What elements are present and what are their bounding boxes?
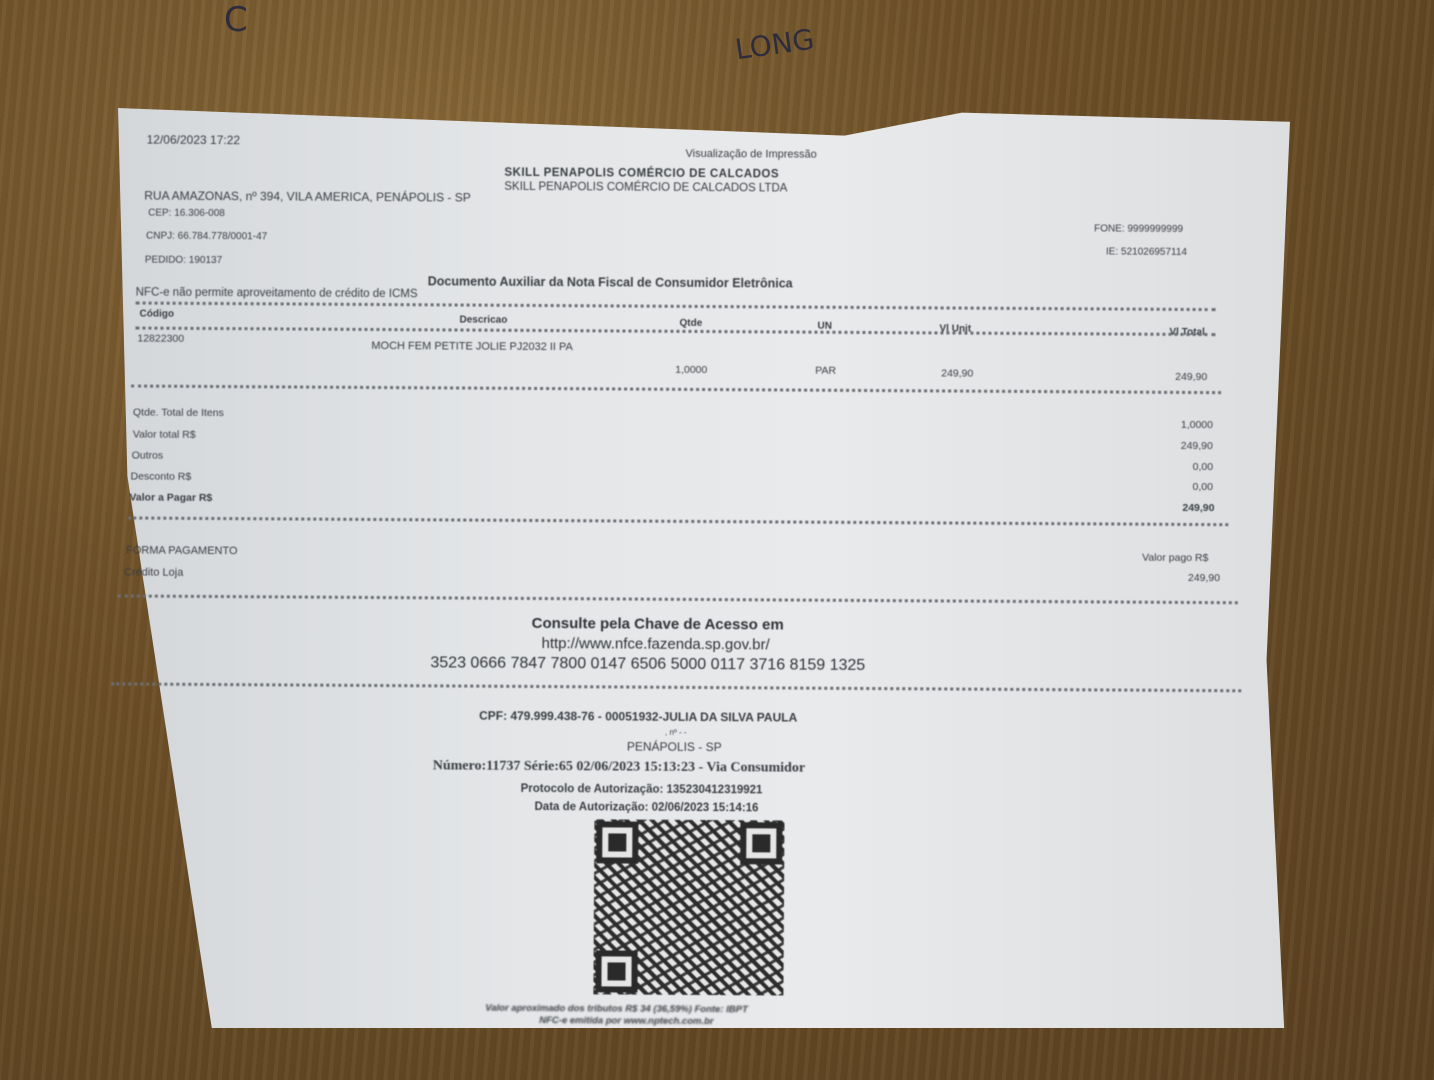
column-header-qtde: Qtde (679, 318, 702, 329)
divider (131, 384, 1221, 394)
column-header-descricao: Descricao (459, 315, 507, 326)
amount-paid: 249,90 (1188, 572, 1220, 584)
divider (118, 594, 1238, 604)
total-items-label: Qtde. Total de Itens (133, 407, 224, 420)
consumer-cpf: CPF: 479.999.438-76 - 00051932-JULIA DA … (479, 709, 797, 725)
total-items-value: 1,0000 (1181, 419, 1213, 431)
qr-finder-pattern (595, 950, 637, 992)
company-legal-name: SKILL PENAPOLIS COMÉRCIO DE CALCADOS LTD… (504, 181, 787, 195)
consumer-number: , nº - - (665, 728, 687, 737)
nfce-receipt: 12/06/2023 17:22 Visualização de Impress… (115, 104, 1293, 1031)
item-quantity: 1,0000 (675, 364, 707, 376)
authorization-date: Data de Autorização: 02/06/2023 15:14:16 (535, 801, 759, 814)
qr-finder-pattern (596, 821, 638, 863)
discount-value: 0,00 (1192, 481, 1213, 493)
total-value-label: Valor total R$ (133, 429, 196, 441)
total-value-value: 249,90 (1181, 440, 1213, 452)
divider (111, 682, 1241, 692)
access-key: 3523 0666 7847 7800 0147 6506 5000 0117 … (430, 654, 865, 675)
order-number: PEDIDO: 190137 (145, 255, 222, 266)
payment-method: Crédito Loja (124, 566, 183, 578)
company-address: RUA AMAZONAS, nº 394, VILA AMERICA, PENÁ… (144, 189, 471, 205)
item-code: 12822300 (137, 333, 184, 345)
item-unit: PAR (815, 365, 836, 377)
item-total-price: 249,90 (1175, 371, 1207, 383)
amount-due-value: 249,90 (1182, 502, 1214, 514)
authorization-protocol: Protocolo de Autorização: 13523041231992… (521, 783, 763, 796)
print-timestamp: 12/06/2023 17:22 (147, 133, 241, 148)
payment-method-header: FORMA PAGAMENTO (126, 544, 238, 557)
tax-estimate: Valor aproximado dos tributos R$ 34 (36,… (485, 1003, 748, 1016)
divider (136, 302, 1216, 312)
company-cnpj: CNPJ: 66.784.778/0001-47 (146, 231, 267, 243)
amount-paid-header: Valor pago R$ (1142, 552, 1208, 564)
nfce-number-line: Número:11737 Série:65 02/06/2023 15:13:2… (433, 758, 805, 776)
access-key-title: Consulte pela Chave de Acesso em (532, 615, 784, 634)
divider (135, 327, 1215, 337)
column-header-codigo: Código (140, 309, 175, 320)
consult-url[interactable]: http://www.nfce.fazenda.sp.gov.br/ (541, 635, 769, 653)
company-ie: IE: 521026957114 (1106, 246, 1187, 257)
others-label: Outros (132, 450, 164, 462)
qr-finder-pattern (740, 822, 782, 864)
emitter-note: NFC-e emitida por www.nptech.com.br (539, 1015, 713, 1027)
discount-label: Desconto R$ (131, 470, 192, 482)
company-cep: CEP: 16.306-008 (148, 208, 225, 219)
company-trade-name: SKILL PENAPOLIS COMÉRCIO DE CALCADOS (504, 167, 779, 181)
nfce-qr-code[interactable] (593, 819, 784, 995)
desk-scribble: C (224, 0, 248, 40)
divider (128, 516, 1228, 526)
item-description: MOCH FEM PETITE JOLIE PJ2032 II PA (371, 340, 573, 353)
company-phone: FONE: 9999999999 (1094, 223, 1183, 235)
icms-note: NFC-e não permite aproveitamento de créd… (136, 287, 418, 301)
amount-due-label: Valor a Pagar R$ (129, 491, 212, 504)
others-value: 0,00 (1193, 461, 1214, 473)
document-title: Documento Auxiliar da Nota Fiscal de Con… (428, 274, 793, 290)
print-preview-label: Visualização de Impressão (685, 148, 816, 161)
consumer-city: PENÁPOLIS - SP (627, 740, 722, 755)
item-unit-price: 249,90 (941, 367, 973, 379)
